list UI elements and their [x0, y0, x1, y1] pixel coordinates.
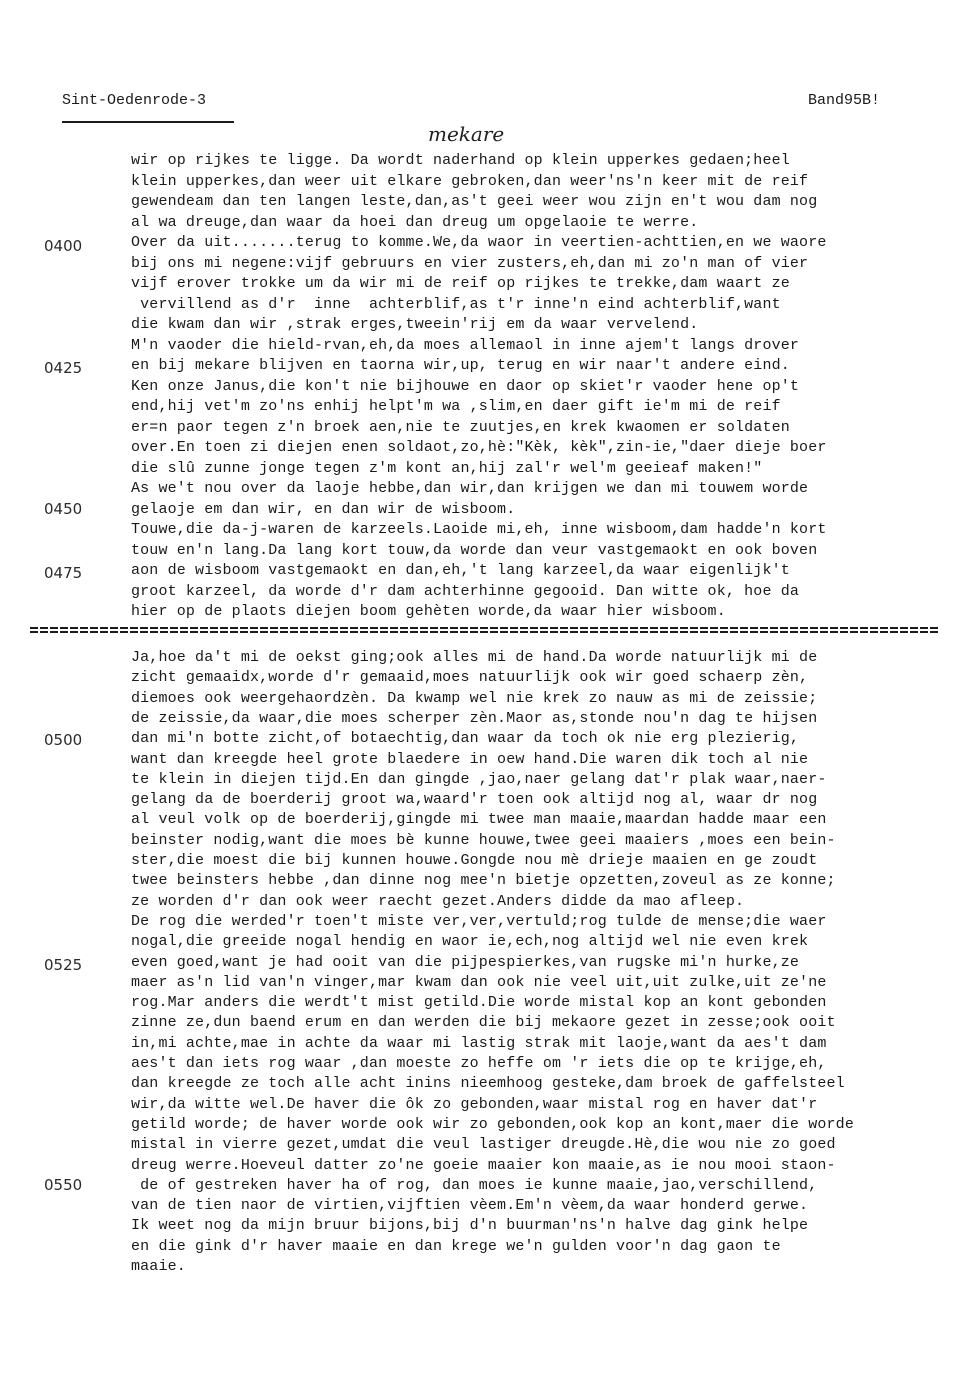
transcript-line: en bij mekare blijven en taorna wir,up, …	[131, 356, 790, 376]
transcript-line: vijf erover trokke um da wir mi de reif …	[131, 274, 790, 294]
transcript-line: groot karzeel, da worde d'r dam achterhi…	[131, 582, 799, 602]
transcript-line: wir,da witte wel.De haver die ôk zo gebo…	[131, 1095, 817, 1115]
transcript-line: Over da uit.......terug to komme.We,da w…	[131, 233, 827, 253]
time-marker: 0500	[44, 731, 82, 749]
transcript-line: zinne ze,dun baend erum en dan werden di…	[131, 1013, 836, 1033]
transcript-page: Sint-Oedenrode-3 Band95B! mekare wir op …	[0, 0, 979, 1389]
transcript-line: maaie.	[131, 1257, 186, 1277]
transcript-line: die slû zunne jonge tegen z'm kont an,hi…	[131, 459, 762, 479]
time-marker: 0475	[44, 564, 82, 582]
transcript-line: Ik weet nog da mijn bruur bijons,bij d'n…	[131, 1216, 808, 1236]
transcript-line: dan mi'n botte zicht,of botaechtig,dan w…	[131, 729, 799, 749]
transcript-line: zicht gemaaidx,worde d'r gemaaid,moes na…	[131, 668, 808, 688]
transcript-line: bij ons mi negene:vijf gebruurs en vier …	[131, 254, 808, 274]
transcript-line: mistal in vierre gezet,umdat die veul la…	[131, 1135, 836, 1155]
transcript-line: klein upperkes,dan weer uit elkare gebro…	[131, 172, 808, 192]
transcript-line: Touwe,die da-j-waren de karzeels.Laoide …	[131, 520, 827, 540]
transcript-line: touw en'n lang.Da lang kort touw,da word…	[131, 541, 817, 561]
transcript-line: even goed,want je had ooit van die pijpe…	[131, 953, 799, 973]
transcript-line: twee beinsters hebbe ,dan dinne nog mee'…	[131, 871, 836, 891]
transcript-line: aes't dan iets rog waar ,dan moeste zo h…	[131, 1054, 827, 1074]
time-marker: 0450	[44, 500, 82, 518]
transcript-line: M'n vaoder die hield-rvan,eh,da moes all…	[131, 336, 799, 356]
transcript-line: de zeissie,da waar,die moes scherper zèn…	[131, 709, 817, 729]
time-marker: 0550	[44, 1176, 82, 1194]
time-marker: 0525	[44, 956, 82, 974]
transcript-line: vervillend as d'r inne achterblif,as t'r…	[131, 295, 781, 315]
time-marker: 0425	[44, 359, 82, 377]
transcript-line: van de tien naor de virtien,vijftien vèe…	[131, 1196, 808, 1216]
transcript-line: diemoes ook weergehaordzèn. Da kwamp wel…	[131, 689, 817, 709]
transcript-line: in,mi achte,mae in achte da waar mi last…	[131, 1034, 827, 1054]
band-label: Band95B!	[808, 92, 880, 109]
transcript-line: de of gestreken haver ha of rog, dan moe…	[131, 1176, 817, 1196]
transcript-line: al veul volk op de boerderij,gingde mi t…	[131, 810, 827, 830]
transcript-line: en die gink d'r haver maaie en dan krege…	[131, 1237, 781, 1257]
transcript-line: hier op de plaots diejen boom gehèten wo…	[131, 602, 726, 622]
section-divider	[30, 627, 938, 633]
transcript-line: dan kreegde ze toch alle acht inins niee…	[131, 1074, 845, 1094]
transcript-line: gelaoje em dan wir, en dan wir de wisboo…	[131, 500, 515, 520]
transcript-line: Ken onze Janus,die kon't nie bijhouwe en…	[131, 377, 799, 397]
transcript-line: end,hij vet'm zo'ns enhij helpt'm wa ,sl…	[131, 397, 781, 417]
transcript-line: dreug werre.Hoeveul datter zo'ne goeie m…	[131, 1156, 836, 1176]
transcript-line: ze worden d'r dan ook weer raecht gezet.…	[131, 892, 744, 912]
handwritten-correction: mekare	[428, 122, 504, 146]
transcript-line: wir op rijkes te ligge. Da wordt naderha…	[131, 151, 790, 171]
transcript-line: want dan kreegde heel grote blaedere in …	[131, 750, 808, 770]
transcript-line: gewendeam dan ten langen leste,dan,as't …	[131, 192, 817, 212]
time-marker: 0400	[44, 237, 82, 255]
transcript-line: Ja,hoe da't mi de oekst ging;ook alles m…	[131, 648, 817, 668]
transcript-line: er=n paor tegen z'n broek aen,nie te zuu…	[131, 418, 790, 438]
transcript-line: maer as'n lid van'n vinger,mar kwam dan …	[131, 973, 827, 993]
transcript-line: rog.Mar anders die werdt't mist getild.D…	[131, 993, 827, 1013]
transcript-line: aon de wisboom vastgemaokt en dan,eh,'t …	[131, 561, 790, 581]
transcript-line: gelang da de boerderij groot wa,waard'r …	[131, 790, 817, 810]
transcript-line: die kwam dan wir ,strak erges,tweein'rij…	[131, 315, 698, 335]
transcript-line: nogal,die greeide nogal hendig en waor i…	[131, 932, 808, 952]
transcript-line: te klein in diejen tijd.En dan gingde ,j…	[131, 770, 827, 790]
transcript-line: al wa dreuge,dan waar da hoei dan dreug …	[131, 213, 698, 233]
location-header: Sint-Oedenrode-3	[62, 92, 206, 109]
transcript-line: getild worde; de haver worde ook wir zo …	[131, 1115, 854, 1135]
transcript-line: ster,die moest die bij kunnen houwe.Gong…	[131, 851, 817, 871]
header-underline	[62, 121, 234, 123]
transcript-line: As we't nou over da laoje hebbe,dan wir,…	[131, 479, 808, 499]
transcript-line: beinster nodig,want die moes bè kunne ho…	[131, 831, 836, 851]
transcript-line: De rog die werded'r toen't miste ver,ver…	[131, 912, 827, 932]
transcript-line: over.En toen zi diejen enen soldaot,zo,h…	[131, 438, 827, 458]
